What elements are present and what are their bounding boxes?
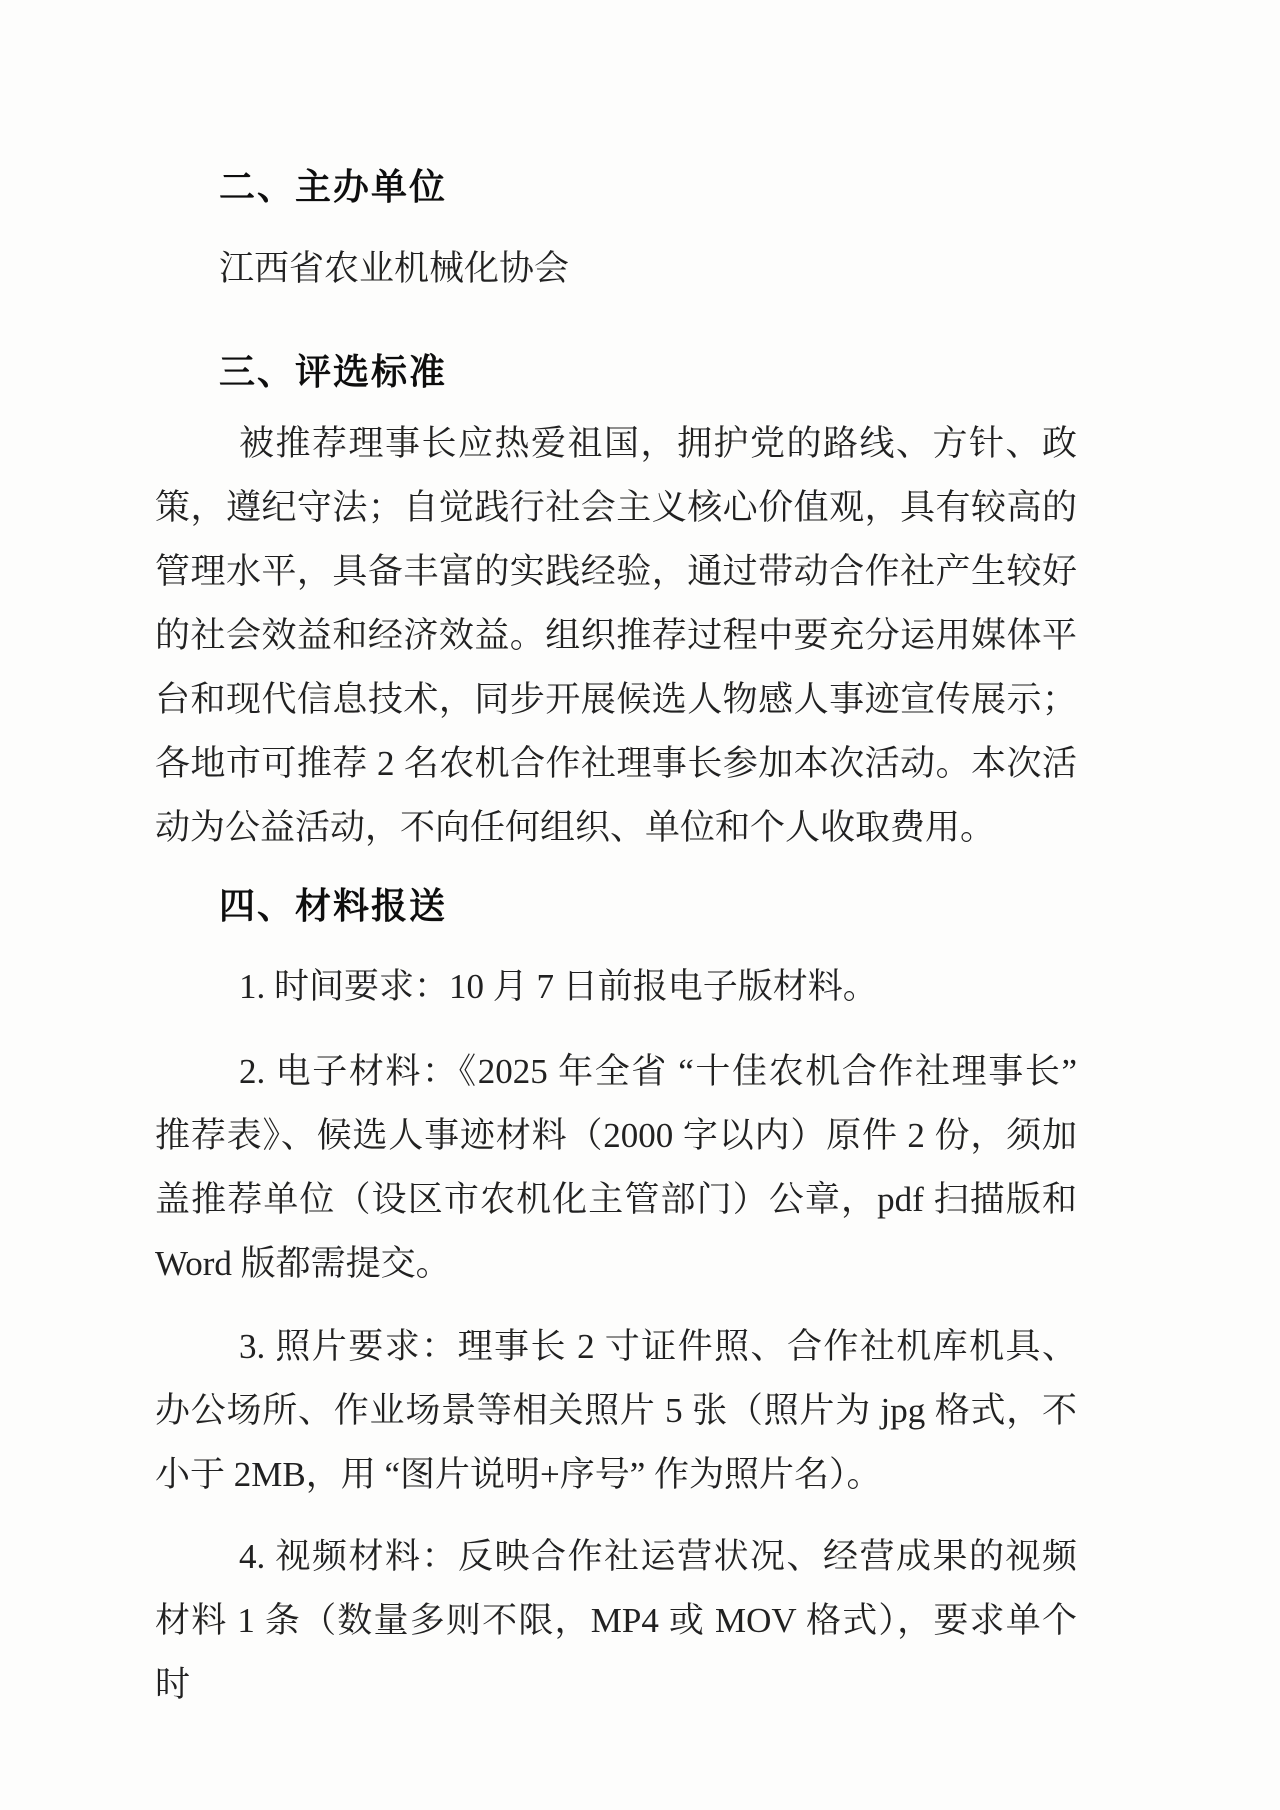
- material-item-electronic-materials: 2. 电子材料：《2025 年全省 “十佳农机合作社理事长” 推荐表》、候选人事…: [155, 1040, 1077, 1296]
- document-content: 二、主办单位 江西省农业机械化协会 三、评选标准 被推荐理事长应热爱祖国，拥护党…: [155, 155, 1077, 1717]
- document-page: 二、主办单位 江西省农业机械化协会 三、评选标准 被推荐理事长应热爱祖国，拥护党…: [0, 0, 1280, 1810]
- material-item-video-materials: 4. 视频材料：反映合作社运营状况、经营成果的视频材料 1 条（数量多则不限，M…: [155, 1525, 1077, 1717]
- section-heading-organizer: 二、主办单位: [155, 155, 1077, 219]
- material-item-time-requirement: 1. 时间要求：10 月 7 日前报电子版材料。: [155, 955, 1077, 1019]
- section-heading-criteria: 三、评选标准: [155, 340, 1077, 404]
- criteria-paragraph: 被推荐理事长应热爱祖国，拥护党的路线、方针、政策，遵纪守法；自觉践行社会主义核心…: [155, 412, 1077, 860]
- material-item-photo-requirement: 3. 照片要求：理事长 2 寸证件照、合作社机库机具、办公场所、作业场景等相关照…: [155, 1315, 1077, 1507]
- section-heading-materials: 四、材料报送: [155, 874, 1077, 938]
- organizer-name: 江西省农业机械化协会: [155, 237, 1077, 301]
